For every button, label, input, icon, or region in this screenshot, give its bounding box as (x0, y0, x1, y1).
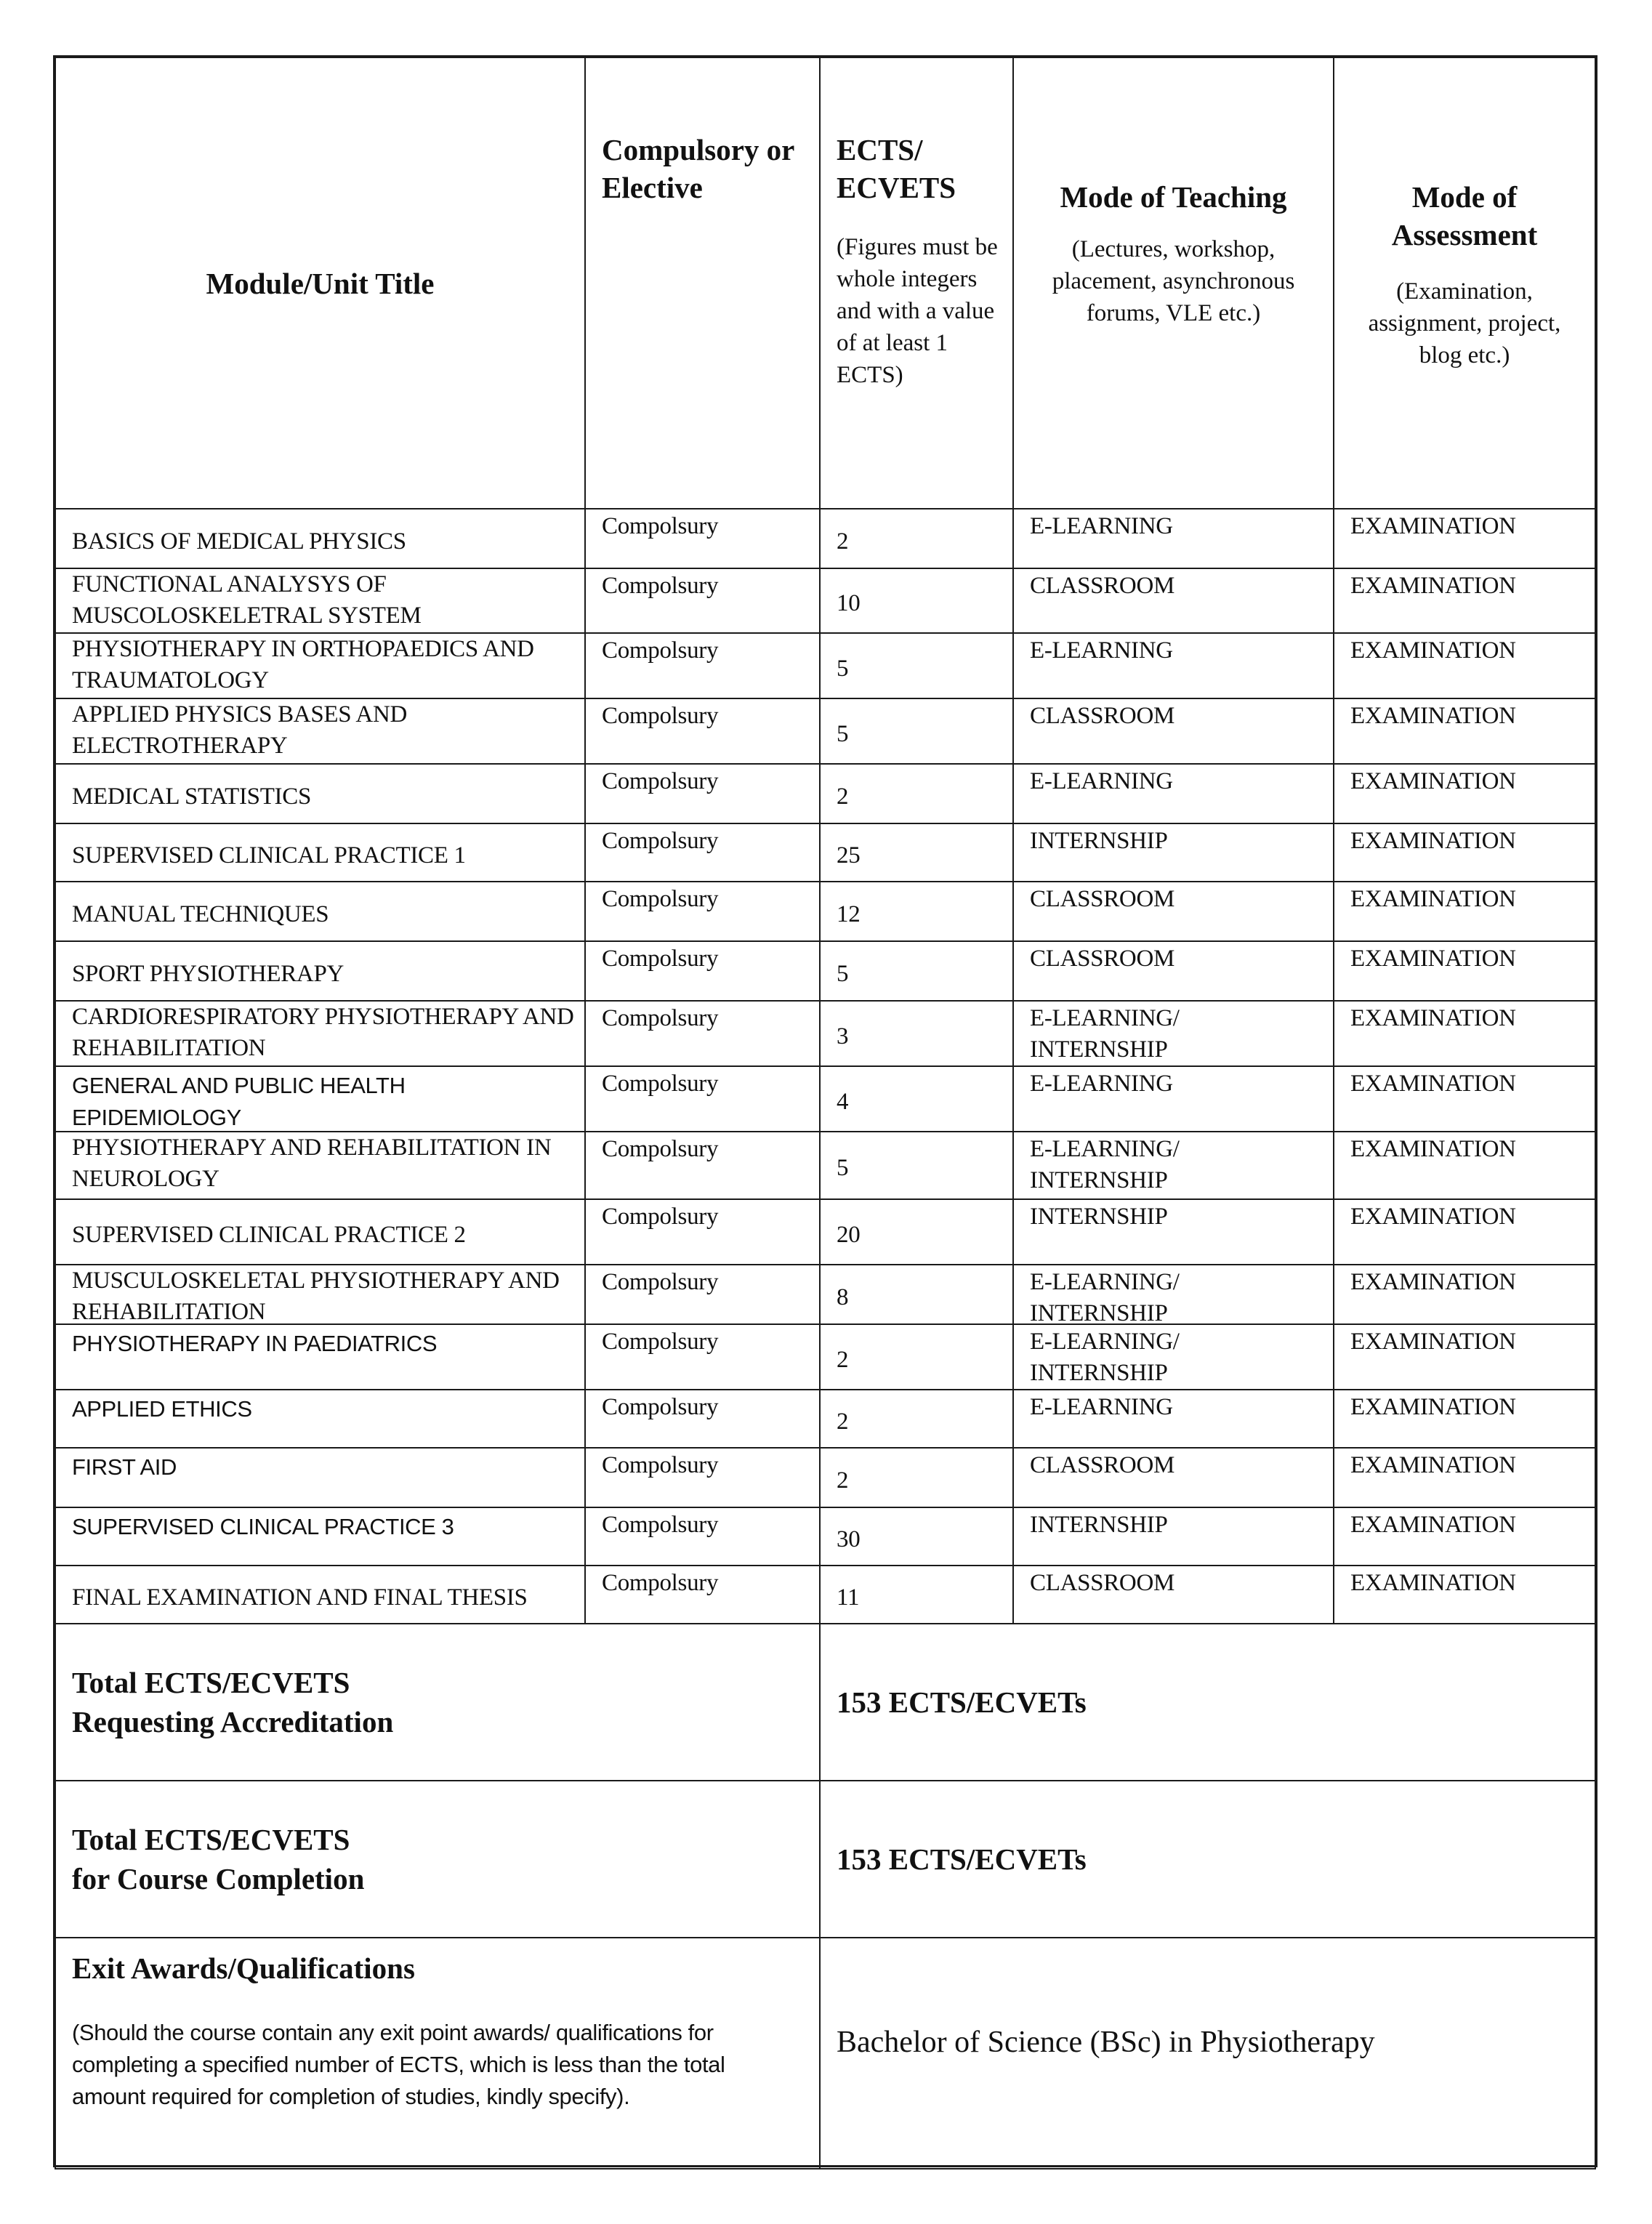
module-assessment: EXAMINATION (1350, 766, 1586, 797)
module-assessment-cell: EXAMINATION (1333, 508, 1596, 569)
module-teaching-cell: E-LEARNING (1012, 1389, 1334, 1449)
module-type-cell: Compolsury (584, 1507, 821, 1566)
module-title-cell: BASICS OF MEDICAL PHYSICS (55, 508, 586, 569)
module-assessment: EXAMINATION (1350, 1267, 1586, 1298)
module-ects-cell: 3 (819, 1000, 1014, 1067)
module-assessment-cell: EXAMINATION (1333, 940, 1596, 1002)
module-type-cell: Compolsury (584, 508, 821, 569)
module-teaching-cell: E-LEARNING (1012, 763, 1334, 824)
module-ects-cell: 5 (819, 698, 1014, 765)
module-teaching-cell: CLASSROOM (1012, 568, 1334, 634)
module-title: SUPERVISED CLINICAL PRACTICE 3 (72, 1511, 454, 1543)
module-assessment: EXAMINATION (1350, 1134, 1586, 1165)
module-type-cell: Compolsury (584, 823, 821, 882)
module-assessment-cell: EXAMINATION (1333, 1131, 1596, 1200)
module-title: PHYSIOTHERAPY IN ORTHOPAEDICS AND TRAUMA… (72, 634, 576, 696)
module-title: BASICS OF MEDICAL PHYSICS (72, 526, 406, 557)
header-assessment-note: (Examination, assignment, project, blog … (1356, 275, 1573, 371)
module-assessment: EXAMINATION (1350, 1201, 1586, 1233)
module-ects: 3 (837, 1021, 848, 1052)
header-assessment: Mode of Assessment (Examination, assignm… (1333, 57, 1596, 509)
module-title-cell: FIRST AID (55, 1447, 586, 1508)
exit-awards-label: Exit Awards/Qualifications (Should the c… (55, 1937, 821, 2169)
module-assessment-cell: EXAMINATION (1333, 568, 1596, 634)
module-title: SUPERVISED CLINICAL PRACTICE 1 (72, 840, 466, 871)
module-ects-cell: 2 (819, 1389, 1014, 1449)
module-type-cell: Compolsury (584, 632, 821, 699)
module-title-cell: MUSCULOSKELETAL PHYSIOTHERAPY AND REHABI… (55, 1264, 586, 1325)
module-title: GENERAL AND PUBLIC HEALTH EPIDEMIOLOGY (72, 1070, 576, 1132)
module-type: Compolsury (602, 1568, 810, 1599)
module-type-cell: Compolsury (584, 1264, 821, 1325)
module-assessment: EXAMINATION (1350, 1392, 1586, 1423)
module-teaching: CLASSROOM (1030, 571, 1197, 602)
module-teaching: E-LEARNING (1030, 766, 1197, 797)
module-teaching-cell: CLASSROOM (1012, 698, 1334, 765)
module-teaching-cell: INTERNSHIP (1012, 1507, 1334, 1566)
module-title-cell: SUPERVISED CLINICAL PRACTICE 1 (55, 823, 586, 882)
module-assessment: EXAMINATION (1350, 826, 1586, 857)
module-title: CARDIORESPIRATORY PHYSIOTHERAPY AND REHA… (72, 1002, 576, 1064)
module-type: Compolsury (602, 1201, 810, 1233)
module-title-cell: SUPERVISED CLINICAL PRACTICE 2 (55, 1198, 586, 1265)
module-ects-cell: 5 (819, 1131, 1014, 1200)
total-accreditation-label: Total ECTS/ECVETS Requesting Accreditati… (55, 1623, 821, 1781)
module-teaching-cell: E-LEARNING (1012, 1065, 1334, 1132)
module-title: SUPERVISED CLINICAL PRACTICE 2 (72, 1220, 466, 1251)
module-title-cell: GENERAL AND PUBLIC HEALTH EPIDEMIOLOGY (55, 1065, 586, 1132)
module-title: MUSCULOSKELETAL PHYSIOTHERAPY AND REHABI… (72, 1265, 576, 1325)
module-ects: 2 (837, 526, 848, 557)
module-ects-cell: 2 (819, 1323, 1014, 1390)
module-ects: 2 (837, 1345, 848, 1376)
module-assessment-cell: EXAMINATION (1333, 1000, 1596, 1067)
module-type: Compolsury (602, 635, 810, 666)
module-assessment-cell: EXAMINATION (1333, 1389, 1596, 1449)
module-teaching-cell: INTERNSHIP (1012, 823, 1334, 882)
module-type-cell: Compolsury (584, 568, 821, 634)
exit-awards-title: Exit Awards/Qualifications (72, 1949, 803, 1988)
module-ects-cell: 30 (819, 1507, 1014, 1566)
total-accreditation-label-line1: Total ECTS/ECVETS (72, 1663, 803, 1702)
module-teaching: E-LEARNING/ INTERNSHIP (1030, 1134, 1197, 1196)
total-completion-value-text: 153 ECTS/ECVETs (837, 1840, 1087, 1879)
module-ects: 5 (837, 959, 848, 990)
module-type-cell: Compolsury (584, 1389, 821, 1449)
module-ects: 20 (837, 1220, 860, 1251)
module-assessment: EXAMINATION (1350, 1068, 1586, 1100)
module-ects: 12 (837, 899, 860, 930)
module-type: Compolsury (602, 1003, 810, 1034)
module-type-cell: Compolsury (584, 1000, 821, 1067)
module-type-cell: Compolsury (584, 1447, 821, 1508)
total-accreditation-value-text: 153 ECTS/ECVETs (837, 1683, 1087, 1722)
module-teaching: INTERNSHIP (1030, 1201, 1197, 1233)
total-accreditation-value: 153 ECTS/ECVETs (819, 1623, 1596, 1781)
total-completion-label-line1: Total ECTS/ECVETS (72, 1820, 803, 1859)
header-ects-note: (Figures must be whole integers and with… (837, 231, 1001, 391)
module-assessment-cell: EXAMINATION (1333, 698, 1596, 765)
header-module-title-text: Module/Unit Title (206, 265, 435, 302)
module-title: FIRST AID (72, 1451, 177, 1483)
module-ects-cell: 10 (819, 568, 1014, 634)
module-title: MANUAL TECHNIQUES (72, 899, 329, 930)
module-assessment: EXAMINATION (1350, 1568, 1586, 1599)
exit-awards-note: (Should the course contain any exit poin… (72, 2017, 803, 2113)
module-title: FINAL EXAMINATION AND FINAL THESIS (72, 1582, 528, 1613)
module-type-cell: Compolsury (584, 1131, 821, 1200)
module-type-cell: Compolsury (584, 763, 821, 824)
module-ects-cell: 5 (819, 940, 1014, 1002)
module-teaching: E-LEARNING (1030, 511, 1197, 542)
module-teaching: E-LEARNING/ INTERNSHIP (1030, 1003, 1197, 1065)
module-teaching-cell: E-LEARNING/ INTERNSHIP (1012, 1131, 1334, 1200)
total-completion-label-line2: for Course Completion (72, 1859, 803, 1898)
module-assessment: EXAMINATION (1350, 635, 1586, 666)
module-ects-cell: 2 (819, 508, 1014, 569)
module-assessment-cell: EXAMINATION (1333, 632, 1596, 699)
module-assessment: EXAMINATION (1350, 701, 1586, 732)
module-title-cell: APPLIED ETHICS (55, 1389, 586, 1449)
module-ects: 30 (837, 1524, 860, 1555)
module-teaching-cell: E-LEARNING (1012, 508, 1334, 569)
module-teaching: E-LEARNING/ INTERNSHIP (1030, 1326, 1197, 1389)
module-teaching: INTERNSHIP (1030, 826, 1197, 857)
module-type: Compolsury (602, 511, 810, 542)
exit-awards-value: Bachelor of Science (BSc) in Physiothera… (819, 1937, 1596, 2169)
module-teaching: INTERNSHIP (1030, 1510, 1197, 1541)
module-assessment-cell: EXAMINATION (1333, 1447, 1596, 1508)
module-type: Compolsury (602, 884, 810, 915)
module-type-cell: Compolsury (584, 1323, 821, 1390)
module-teaching-cell: CLASSROOM (1012, 1447, 1334, 1508)
header-teaching-note: (Lectures, workshop, placement, asynchro… (1026, 233, 1321, 329)
module-assessment: EXAMINATION (1350, 884, 1586, 915)
module-ects: 5 (837, 653, 848, 685)
module-type-cell: Compolsury (584, 881, 821, 942)
module-ects-cell: 8 (819, 1264, 1014, 1325)
header-ects: ECTS/ ECVETS (Figures must be whole inte… (819, 57, 1014, 509)
module-ects-cell: 11 (819, 1565, 1014, 1624)
module-teaching-cell: E-LEARNING/ INTERNSHIP (1012, 1323, 1334, 1390)
module-assessment-cell: EXAMINATION (1333, 1198, 1596, 1265)
module-assessment: EXAMINATION (1350, 1510, 1586, 1541)
module-assessment-cell: EXAMINATION (1333, 763, 1596, 824)
module-type: Compolsury (602, 701, 810, 732)
module-title-cell: MANUAL TECHNIQUES (55, 881, 586, 942)
header-ects-line1: ECTS/ (837, 131, 1001, 169)
module-title: APPLIED ETHICS (72, 1393, 252, 1425)
module-title: APPLIED PHYSICS BASES AND ELECTROTHERAPY (72, 699, 576, 762)
module-teaching: E-LEARNING/ INTERNSHIP (1030, 1267, 1197, 1325)
module-title-cell: FUNCTIONAL ANALYSYS OF MUSCOLOSKELETRAL … (55, 568, 586, 634)
header-compulsory-elective: Compulsory or Elective (584, 57, 821, 509)
module-type: Compolsury (602, 1068, 810, 1100)
module-ects: 8 (837, 1282, 848, 1313)
module-teaching: CLASSROOM (1030, 701, 1197, 732)
module-type-cell: Compolsury (584, 1565, 821, 1624)
header-assessment-title: Mode of Assessment (1356, 178, 1573, 254)
module-ects: 2 (837, 1406, 848, 1438)
module-type: Compolsury (602, 766, 810, 797)
module-teaching-cell: E-LEARNING/ INTERNSHIP (1012, 1264, 1334, 1325)
module-assessment-cell: EXAMINATION (1333, 1323, 1596, 1390)
module-title-cell: PHYSIOTHERAPY IN ORTHOPAEDICS AND TRAUMA… (55, 632, 586, 699)
module-teaching: CLASSROOM (1030, 1568, 1197, 1599)
module-teaching-cell: E-LEARNING/ INTERNSHIP (1012, 1000, 1334, 1067)
header-teaching: Mode of Teaching (Lectures, workshop, pl… (1012, 57, 1334, 509)
module-assessment-cell: EXAMINATION (1333, 1507, 1596, 1566)
module-teaching: CLASSROOM (1030, 1450, 1197, 1481)
module-teaching: E-LEARNING (1030, 1068, 1197, 1100)
module-title: FUNCTIONAL ANALYSYS OF MUSCOLOSKELETRAL … (72, 569, 576, 632)
module-ects-cell: 5 (819, 632, 1014, 699)
exit-awards-value-text: Bachelor of Science (BSc) in Physiothera… (837, 2025, 1375, 2060)
module-type: Compolsury (602, 943, 810, 975)
module-type: Compolsury (602, 1134, 810, 1165)
module-title-cell: SUPERVISED CLINICAL PRACTICE 3 (55, 1507, 586, 1566)
module-ects-cell: 12 (819, 881, 1014, 942)
module-teaching: E-LEARNING (1030, 635, 1197, 666)
module-teaching-cell: CLASSROOM (1012, 1565, 1334, 1624)
module-type-cell: Compolsury (584, 940, 821, 1002)
module-teaching-cell: E-LEARNING (1012, 632, 1334, 699)
module-assessment-cell: EXAMINATION (1333, 1264, 1596, 1325)
module-teaching-cell: INTERNSHIP (1012, 1198, 1334, 1265)
header-module-title: Module/Unit Title (55, 57, 586, 509)
total-accreditation-label-line2: Requesting Accreditation (72, 1702, 803, 1741)
module-assessment: EXAMINATION (1350, 571, 1586, 602)
module-title: SPORT PHYSIOTHERAPY (72, 959, 344, 990)
module-ects-cell: 2 (819, 1447, 1014, 1508)
module-assessment: EXAMINATION (1350, 1450, 1586, 1481)
module-teaching: CLASSROOM (1030, 884, 1197, 915)
module-assessment-cell: EXAMINATION (1333, 1065, 1596, 1132)
module-assessment: EXAMINATION (1350, 1003, 1586, 1034)
module-title-cell: MEDICAL STATISTICS (55, 763, 586, 824)
module-type: Compolsury (602, 1326, 810, 1358)
module-ects-cell: 4 (819, 1065, 1014, 1132)
module-ects: 5 (837, 1153, 848, 1184)
module-type-cell: Compolsury (584, 1198, 821, 1265)
module-title-cell: APPLIED PHYSICS BASES AND ELECTROTHERAPY (55, 698, 586, 765)
module-type: Compolsury (602, 1267, 810, 1298)
module-ects-cell: 20 (819, 1198, 1014, 1265)
module-ects-cell: 25 (819, 823, 1014, 882)
module-teaching: CLASSROOM (1030, 943, 1197, 975)
module-title: PHYSIOTHERAPY IN PAEDIATRICS (72, 1328, 437, 1360)
module-title-cell: FINAL EXAMINATION AND FINAL THESIS (55, 1565, 586, 1624)
module-teaching: E-LEARNING (1030, 1392, 1197, 1423)
module-type: Compolsury (602, 1510, 810, 1541)
module-title-cell: PHYSIOTHERAPY IN PAEDIATRICS (55, 1323, 586, 1390)
header-teaching-title: Mode of Teaching (1026, 178, 1321, 216)
header-compulsory-elective-text: Compulsory or Elective (602, 131, 805, 206)
module-assessment: EXAMINATION (1350, 943, 1586, 975)
module-type-cell: Compolsury (584, 698, 821, 765)
module-teaching-cell: CLASSROOM (1012, 940, 1334, 1002)
module-ects: 25 (837, 840, 860, 871)
header-ects-line2: ECVETS (837, 169, 1001, 206)
module-assessment-cell: EXAMINATION (1333, 1565, 1596, 1624)
modules-table: Module/Unit Title Compulsory or Elective… (55, 57, 1596, 2166)
module-ects: 5 (837, 719, 848, 750)
module-ects: 10 (837, 588, 860, 619)
module-ects: 11 (837, 1582, 859, 1613)
module-ects: 4 (837, 1087, 848, 1118)
module-title-cell: CARDIORESPIRATORY PHYSIOTHERAPY AND REHA… (55, 1000, 586, 1067)
module-type-cell: Compolsury (584, 1065, 821, 1132)
module-type: Compolsury (602, 826, 810, 857)
module-assessment: EXAMINATION (1350, 511, 1586, 542)
module-ects: 2 (837, 781, 848, 813)
module-title: MEDICAL STATISTICS (72, 781, 311, 813)
module-ects: 2 (837, 1465, 848, 1496)
module-assessment: EXAMINATION (1350, 1326, 1586, 1358)
module-assessment-cell: EXAMINATION (1333, 823, 1596, 882)
module-title: PHYSIOTHERAPY AND REHABILITATION IN NEUR… (72, 1132, 576, 1195)
module-ects-cell: 2 (819, 763, 1014, 824)
module-type: Compolsury (602, 1392, 810, 1423)
module-teaching-cell: CLASSROOM (1012, 881, 1334, 942)
total-completion-value: 153 ECTS/ECVETs (819, 1780, 1596, 1938)
module-type: Compolsury (602, 571, 810, 602)
module-assessment-cell: EXAMINATION (1333, 881, 1596, 942)
module-type: Compolsury (602, 1450, 810, 1481)
module-title-cell: PHYSIOTHERAPY AND REHABILITATION IN NEUR… (55, 1131, 586, 1200)
total-completion-label: Total ECTS/ECVETS for Course Completion (55, 1780, 821, 1938)
module-title-cell: SPORT PHYSIOTHERAPY (55, 940, 586, 1002)
